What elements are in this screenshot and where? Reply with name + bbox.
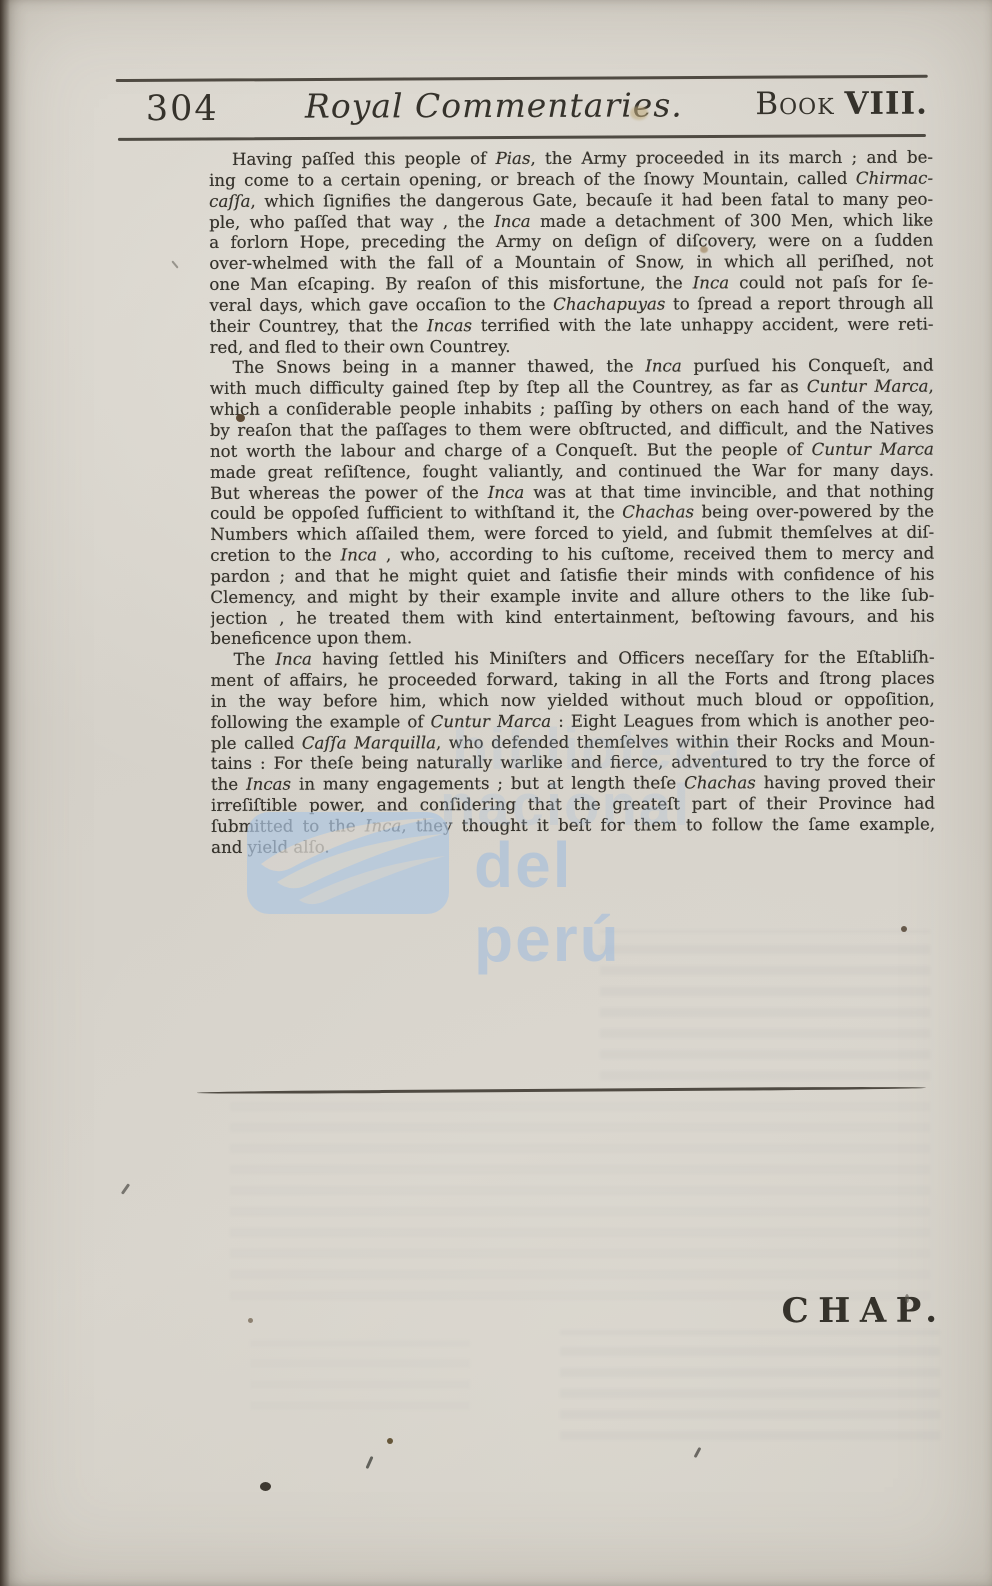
text-line: Numbers which aſſailed them, were forced… [210, 523, 934, 546]
text-line: a forlorn Hope, preceding the Army on de… [209, 231, 933, 254]
ink-speck [260, 1482, 271, 1491]
text-line: over-whelmed with the fall of a Mountain… [209, 252, 933, 275]
book-label: Book VIII. [755, 86, 928, 123]
text-line: with much difficulty gained ſtep by ſtep… [210, 377, 934, 400]
stain [700, 246, 708, 253]
text-line: ple, who paſſed that way , the Inca made… [209, 210, 933, 233]
text-line: their Countrey, that the Incas terrified… [210, 314, 934, 337]
text-line: But whereas the power of the Inca was at… [210, 481, 934, 504]
ink-speck [905, 1294, 909, 1303]
text-line: one Man eſcaping. By reaſon of this misf… [209, 273, 933, 296]
text-line: red, and fled to their own Countrey. [210, 335, 934, 358]
text-line: Having paſſed this people of Pias, the A… [209, 148, 933, 171]
text-line: veral days, which gave occaſion to the C… [209, 294, 933, 317]
header-rule-bottom [118, 134, 926, 141]
section-divider-rule [197, 1086, 926, 1094]
ink-speck [901, 926, 907, 932]
text-line: pardon ; and that he might quiet and ſat… [210, 564, 934, 587]
text-line: The Snows being in a manner thawed, the … [210, 356, 934, 379]
paragraph: The Snows being in a manner thawed, the … [210, 356, 935, 650]
book-numeral: VIII. [844, 86, 927, 122]
book-word: Book [755, 86, 834, 122]
book-page: biblioteca nacional del perú 304 Royal C… [0, 0, 992, 1586]
text-line: ing come to a certain opening, or breach… [209, 168, 933, 191]
text-line: beneficence upon them. [210, 627, 934, 650]
catchword: CHAP. [782, 1291, 947, 1332]
text-line: The Inca having ſettled his Miniſters an… [211, 648, 935, 671]
text-line: made great reſiſtence, fought valiantly,… [210, 460, 934, 483]
header-rule-top [116, 75, 928, 82]
ink-speck [387, 1438, 393, 1444]
text-line: jection , he treated them with kind ente… [210, 606, 934, 629]
paragraph: Having paſſed this people of Pias, the A… [209, 148, 934, 359]
watermark-text: del perú [474, 828, 621, 976]
text-line: not worth the labour and charge of a Con… [210, 439, 934, 462]
text-line: in the way before him, which now yielded… [211, 690, 935, 713]
text-line: ment of affairs, he proceeded forward, t… [211, 669, 935, 692]
text-line: caſſa, which ſignifies the dangerous Gat… [209, 189, 933, 212]
text-line: by reaſon that the paſſages to them were… [210, 419, 934, 442]
ink-speck [236, 414, 245, 422]
ink-speck [248, 1318, 253, 1323]
text-line: Clemency, and might by their example inv… [210, 585, 934, 608]
text-line: cretion to the Inca , who, according to … [210, 544, 934, 567]
biblioteca-nacional-logo-icon [247, 812, 449, 914]
text-line: could be oppoſed ſufficient to withſtand… [210, 502, 934, 525]
text-line: which a conſiderable people inhabits ; p… [210, 398, 934, 421]
stain [630, 106, 648, 120]
